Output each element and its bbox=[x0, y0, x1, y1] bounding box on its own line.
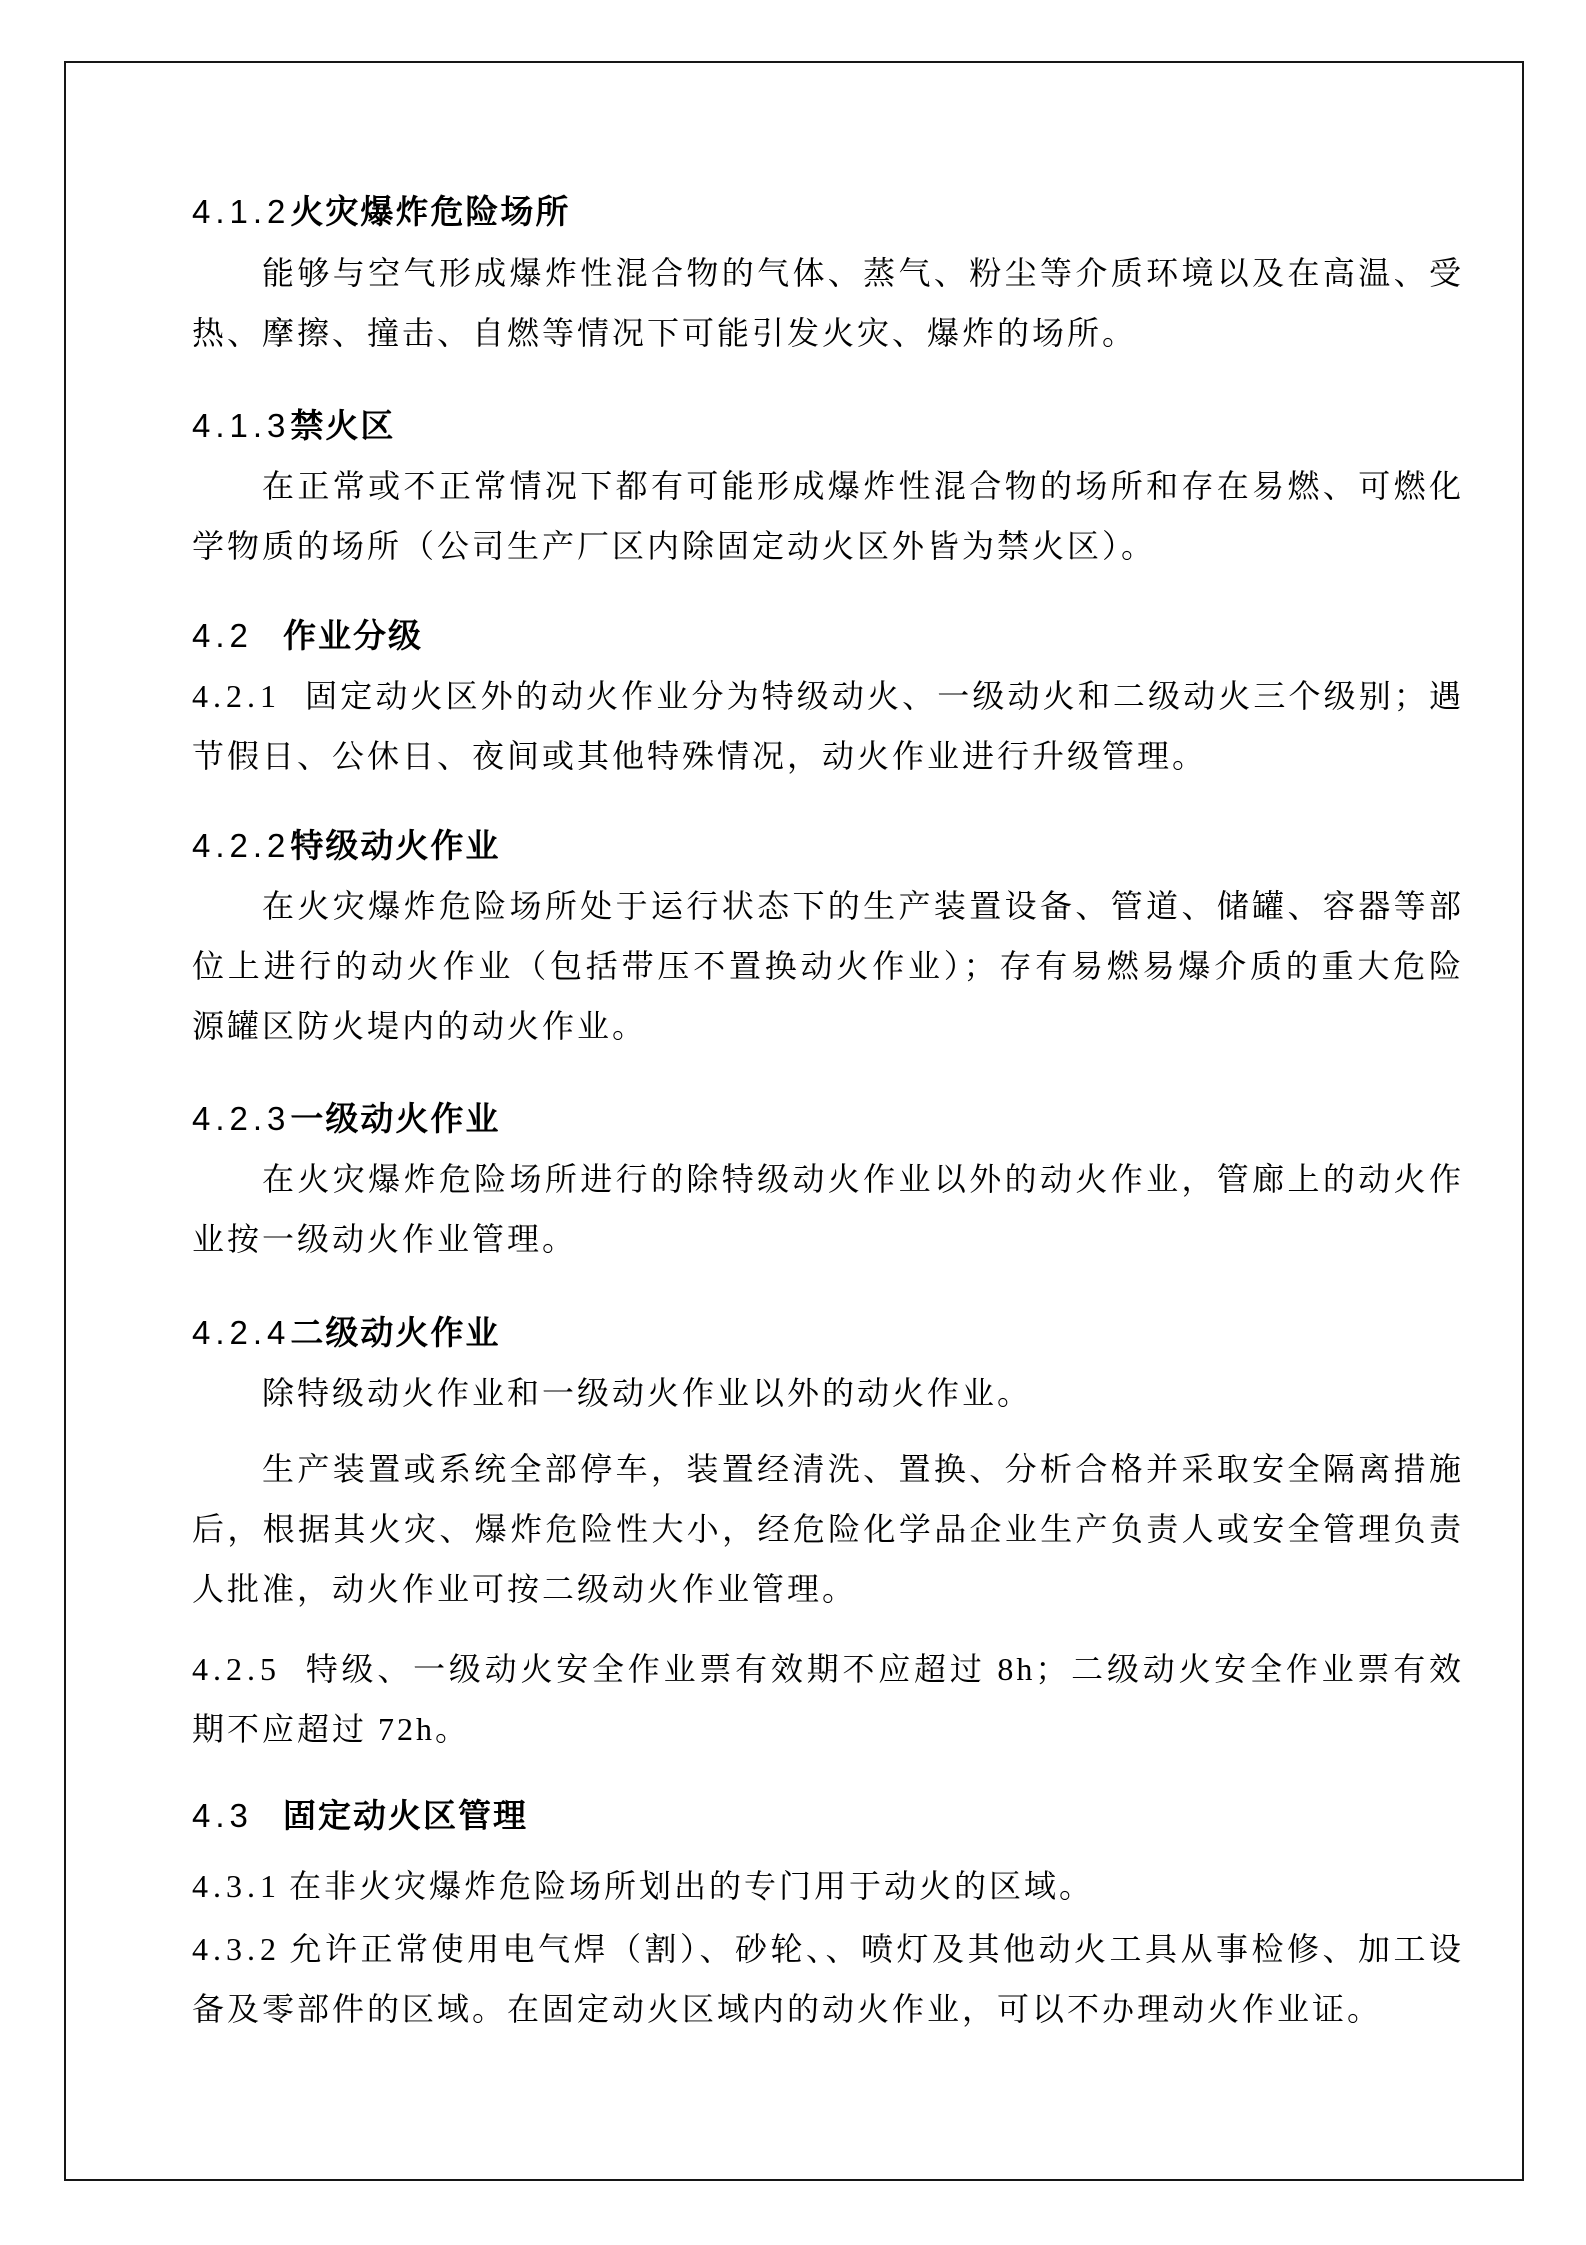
heading-number: 4.1.3 bbox=[192, 396, 290, 456]
paragraph: 生产装置或系统全部停车，装置经清洗、置换、分析合格并采取安全隔离措施后，根据其火… bbox=[192, 1439, 1464, 1619]
heading-title: 作业分级 bbox=[283, 617, 423, 654]
heading-number: 4.2 bbox=[192, 606, 283, 666]
clause-text: 固定动火区外的动火作业分为特级动火、一级动火和二级动火三个级别；遇节假日、公休日… bbox=[192, 678, 1464, 774]
clause-text: 特级、一级动火安全作业票有效期不应超过 8h；二级动火安全作业票有效期不应超过 … bbox=[192, 1651, 1464, 1747]
heading-number: 4.1.2 bbox=[192, 182, 290, 242]
section-heading-4-3: 4.3固定动火区管理 bbox=[192, 1786, 1464, 1846]
clause-4-2-1: 4.2.1固定动火区外的动火作业分为特级动火、一级动火和二级动火三个级别；遇节假… bbox=[192, 666, 1464, 786]
section-heading-4-2-3: 4.2.3一级动火作业 bbox=[192, 1089, 1464, 1149]
clause-number: 4.2.1 bbox=[192, 678, 281, 714]
heading-title: 固定动火区管理 bbox=[283, 1797, 528, 1834]
clause-text: 允许正常使用电气焊（割）、砂轮、、喷灯及其他动火工具从事检修、加工设备及零部件的… bbox=[192, 1931, 1464, 2027]
heading-title: 特级动火作业 bbox=[290, 827, 500, 864]
section-heading-4-2: 4.2作业分级 bbox=[192, 606, 1464, 666]
clause-number: 4.3.1 bbox=[192, 1868, 281, 1904]
heading-title: 一级动火作业 bbox=[290, 1100, 500, 1137]
heading-title: 火灾爆炸危险场所 bbox=[290, 193, 570, 230]
section-heading-4-1-2: 4.1.2火灾爆炸危险场所 bbox=[192, 182, 1464, 242]
clause-4-2-5: 4.2.5特级、一级动火安全作业票有效期不应超过 8h；二级动火安全作业票有效期… bbox=[192, 1639, 1464, 1759]
heading-title: 二级动火作业 bbox=[290, 1314, 500, 1351]
section-heading-4-2-4: 4.2.4二级动火作业 bbox=[192, 1303, 1464, 1363]
section-heading-4-2-2: 4.2.2特级动火作业 bbox=[192, 816, 1464, 876]
heading-number: 4.2.3 bbox=[192, 1089, 290, 1149]
clause-number: 4.2.5 bbox=[192, 1651, 281, 1687]
clause-text: 在非火灾爆炸危险场所划出的专门用于动火的区域。 bbox=[289, 1868, 1094, 1904]
heading-number: 4.2.2 bbox=[192, 816, 290, 876]
heading-number: 4.3 bbox=[192, 1786, 283, 1846]
clause-4-3-1: 4.3.1在非火灾爆炸危险场所划出的专门用于动火的区域。 bbox=[192, 1856, 1464, 1916]
section-heading-4-1-3: 4.1.3禁火区 bbox=[192, 396, 1464, 456]
paragraph: 能够与空气形成爆炸性混合物的气体、蒸气、粉尘等介质环境以及在高温、受热、摩擦、撞… bbox=[192, 243, 1464, 363]
paragraph: 在火灾爆炸危险场所进行的除特级动火作业以外的动火作业，管廊上的动火作业按一级动火… bbox=[192, 1149, 1464, 1269]
heading-title: 禁火区 bbox=[290, 407, 395, 444]
clause-4-3-2: 4.3.2允许正常使用电气焊（割）、砂轮、、喷灯及其他动火工具从事检修、加工设备… bbox=[192, 1919, 1464, 2039]
page-border: 4.1.2火灾爆炸危险场所 能够与空气形成爆炸性混合物的气体、蒸气、粉尘等介质环… bbox=[64, 61, 1524, 2181]
paragraph: 在火灾爆炸危险场所处于运行状态下的生产装置设备、管道、储罐、容器等部位上进行的动… bbox=[192, 876, 1464, 1056]
clause-number: 4.3.2 bbox=[192, 1931, 281, 1967]
document-page: 4.1.2火灾爆炸危险场所 能够与空气形成爆炸性混合物的气体、蒸气、粉尘等介质环… bbox=[0, 0, 1586, 2245]
paragraph: 在正常或不正常情况下都有可能形成爆炸性混合物的场所和存在易燃、可燃化学物质的场所… bbox=[192, 456, 1464, 576]
heading-number: 4.2.4 bbox=[192, 1303, 290, 1363]
paragraph: 除特级动火作业和一级动火作业以外的动火作业。 bbox=[192, 1363, 1464, 1423]
